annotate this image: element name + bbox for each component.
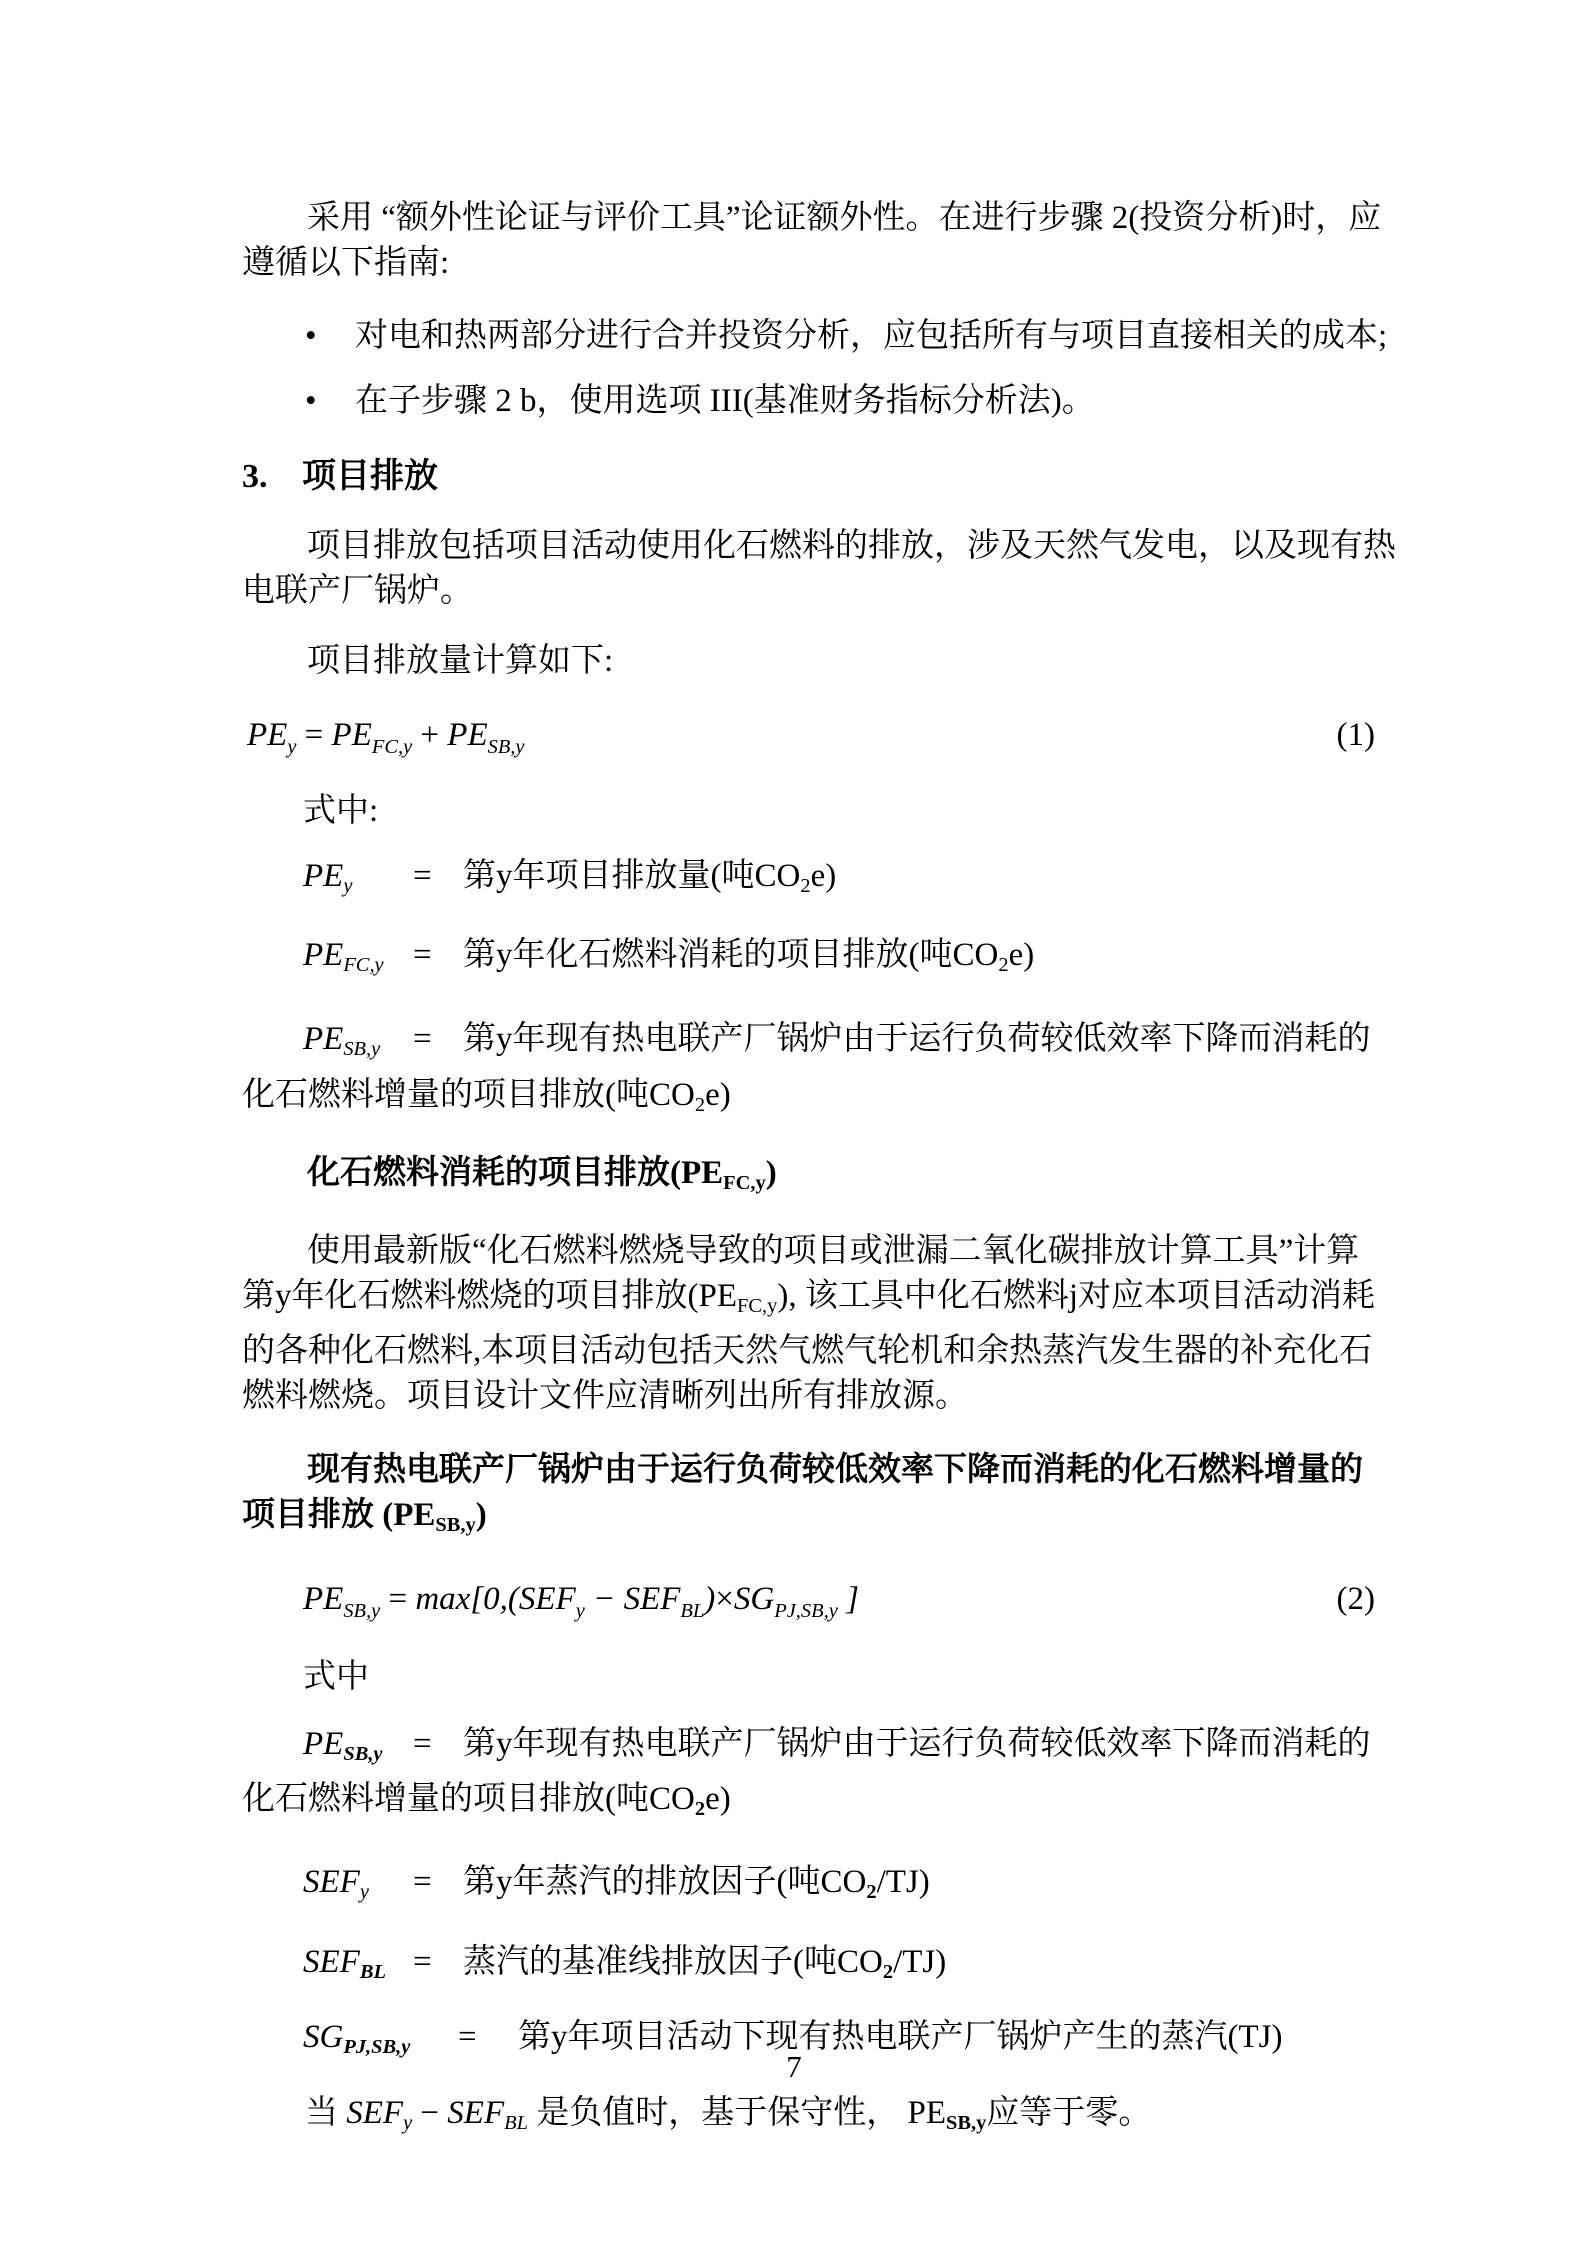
fossil-fuel-paragraph: 使用最新版“化石燃料燃烧导致的项目或泄漏二氧化碳排放计算工具”计算 第y年化石燃… <box>242 1229 1345 1419</box>
page-number: 7 <box>0 2044 1588 2089</box>
calc-intro-paragraph: 项目排放量计算如下: <box>242 639 1345 684</box>
definition-row: SEFBL=蒸汽的基准线排放因子(吨CO2/TJ) <box>242 1940 1345 1995</box>
definition-continuation: 化石燃料增量的项目排放(吨CO2e) <box>242 1073 1345 1128</box>
paragraph-line: 的各种化石燃料,本项目活动包括天然气燃气轮机和余热蒸汽发生器的补充化石 <box>242 1329 1345 1374</box>
equals-sign: = <box>413 1722 463 1767</box>
equals-sign: = <box>413 1940 463 1985</box>
paragraph-line: 使用最新版“化石燃料燃烧导致的项目或泄漏二氧化碳排放计算工具”计算 <box>242 1229 1345 1274</box>
definition-description: 第y年化石燃料消耗的项目排放(吨CO2e) <box>463 937 1034 973</box>
heading-line: 现有热电联产厂锅炉由于运行负荷较低效率下降而消耗的化石燃料增量的 <box>242 1448 1345 1493</box>
equation-number-2: (2) <box>1337 1577 1375 1634</box>
overview-paragraph: 项目排放包括项目活动使用化石燃料的排放，涉及天然气发电，以及现有热 电联产厂锅炉… <box>242 524 1345 614</box>
definition-row: SEFy=第y年蒸汽的排放因子(吨CO2/TJ) <box>242 1860 1345 1915</box>
bullet-marker: • <box>305 379 355 424</box>
subheading-standby-boiler: 现有热电联产厂锅炉由于运行负荷较低效率下降而消耗的化石燃料增量的 项目排放 (P… <box>242 1448 1345 1548</box>
paragraph-line: 遵循以下指南: <box>242 241 1345 286</box>
bullet-item: •对电和热两部分进行合并投资分析，应包括所有与项目直接相关的成本; <box>242 314 1345 359</box>
document-page: 采用 “额外性论证与评价工具”论证额外性。在进行步骤 2(投资分析)时，应 遵循… <box>0 0 1588 2245</box>
paragraph-line: 项目排放包括项目活动使用化石燃料的排放，涉及天然气发电，以及现有热 <box>242 524 1345 569</box>
formula-1: PEy = PEFC,y + PESB,y (1) <box>242 713 1375 770</box>
definition-row: PEy=第y年项目排放量(吨CO2e) <box>242 854 1345 909</box>
section-heading: 3.项目排放 <box>242 454 1345 499</box>
paragraph-line: 采用 “额外性论证与评价工具”论证额外性。在进行步骤 2(投资分析)时，应 <box>242 196 1345 241</box>
equals-sign: = <box>413 854 463 899</box>
equals-sign: = <box>413 1860 463 1905</box>
bullet-item: •在子步骤 2 b，使用选项 III(基准财务指标分析法)。 <box>242 379 1345 424</box>
definition-term: PESB,y <box>303 1017 413 1072</box>
paragraph-line: 燃料燃烧。项目设计文件应清晰列出所有排放源。 <box>242 1374 1345 1419</box>
formula-2: PESB,y = max[0,(SEFy − SEFBL)×SGPJ,SB,y … <box>242 1577 1375 1634</box>
equals-sign: = <box>413 1017 463 1062</box>
definition-term: PESB,y <box>303 1722 413 1777</box>
formula-2-expression: PESB,y = max[0,(SEFy − SEFBL)×SGPJ,SB,y … <box>242 1577 859 1634</box>
where-label: 式中: <box>242 789 1345 834</box>
page-content: 采用 “额外性论证与评价工具”论证额外性。在进行步骤 2(投资分析)时，应 遵循… <box>0 0 1588 2146</box>
bullet-marker: • <box>305 314 355 359</box>
section-title: 项目排放 <box>302 458 438 495</box>
definition-description: 第y年蒸汽的排放因子(吨CO2/TJ) <box>463 1864 930 1900</box>
definition-continuation: 化石燃料增量的项目排放(吨CO2e) <box>242 1777 1345 1832</box>
section-number: 3. <box>242 454 302 499</box>
subheading-fossil-fuel: 化石燃料消耗的项目排放(PEFC,y) <box>242 1151 1345 1206</box>
intro-paragraph: 采用 “额外性论证与评价工具”论证额外性。在进行步骤 2(投资分析)时，应 遵循… <box>242 196 1345 286</box>
equals-sign: = <box>413 933 463 978</box>
definition-row: PESB,y=第y年现有热电联产厂锅炉由于运行负荷较低效率下降而消耗的 化石燃料… <box>242 1017 1345 1127</box>
definition-description: 第y年现有热电联产厂锅炉由于运行负荷较低效率下降而消耗的 <box>463 1726 1371 1762</box>
paragraph-line: 电联产厂锅炉。 <box>242 569 1345 614</box>
definition-term: PEy <box>303 854 413 909</box>
definition-term: PEFC,y <box>303 933 413 988</box>
definition-term: SEFy <box>303 1860 413 1915</box>
definition-description: 第y年现有热电联产厂锅炉由于运行负荷较低效率下降而消耗的 <box>463 1021 1371 1057</box>
definition-row: PESB,y=第y年现有热电联产厂锅炉由于运行负荷较低效率下降而消耗的 化石燃料… <box>242 1722 1345 1832</box>
definition-description: 第y年项目排放量(吨CO2e) <box>463 858 836 894</box>
heading-line: 项目排放 (PESB,y) <box>242 1493 1345 1548</box>
paragraph-line: 第y年化石燃料燃烧的项目排放(PEFC,y), 该工具中化石燃料j对应本项目活动… <box>242 1274 1345 1329</box>
definition-description: 蒸汽的基准线排放因子(吨CO2/TJ) <box>463 1944 946 1980</box>
formula-1-expression: PEy = PEFC,y + PESB,y <box>242 713 525 770</box>
bullet-text: 对电和热两部分进行合并投资分析，应包括所有与项目直接相关的成本; <box>355 318 1387 354</box>
closing-paragraph: 当 SEFy − SEFBL 是负值时，基于保守性， PESB,y应等于零。 <box>242 2091 1345 2146</box>
bullet-text: 在子步骤 2 b，使用选项 III(基准财务指标分析法)。 <box>355 383 1095 419</box>
definition-term: SEFBL <box>303 1940 413 1995</box>
where-label: 式中 <box>242 1655 1345 1700</box>
definition-row: PEFC,y=第y年化石燃料消耗的项目排放(吨CO2e) <box>242 933 1345 988</box>
equation-number-1: (1) <box>1337 713 1375 770</box>
